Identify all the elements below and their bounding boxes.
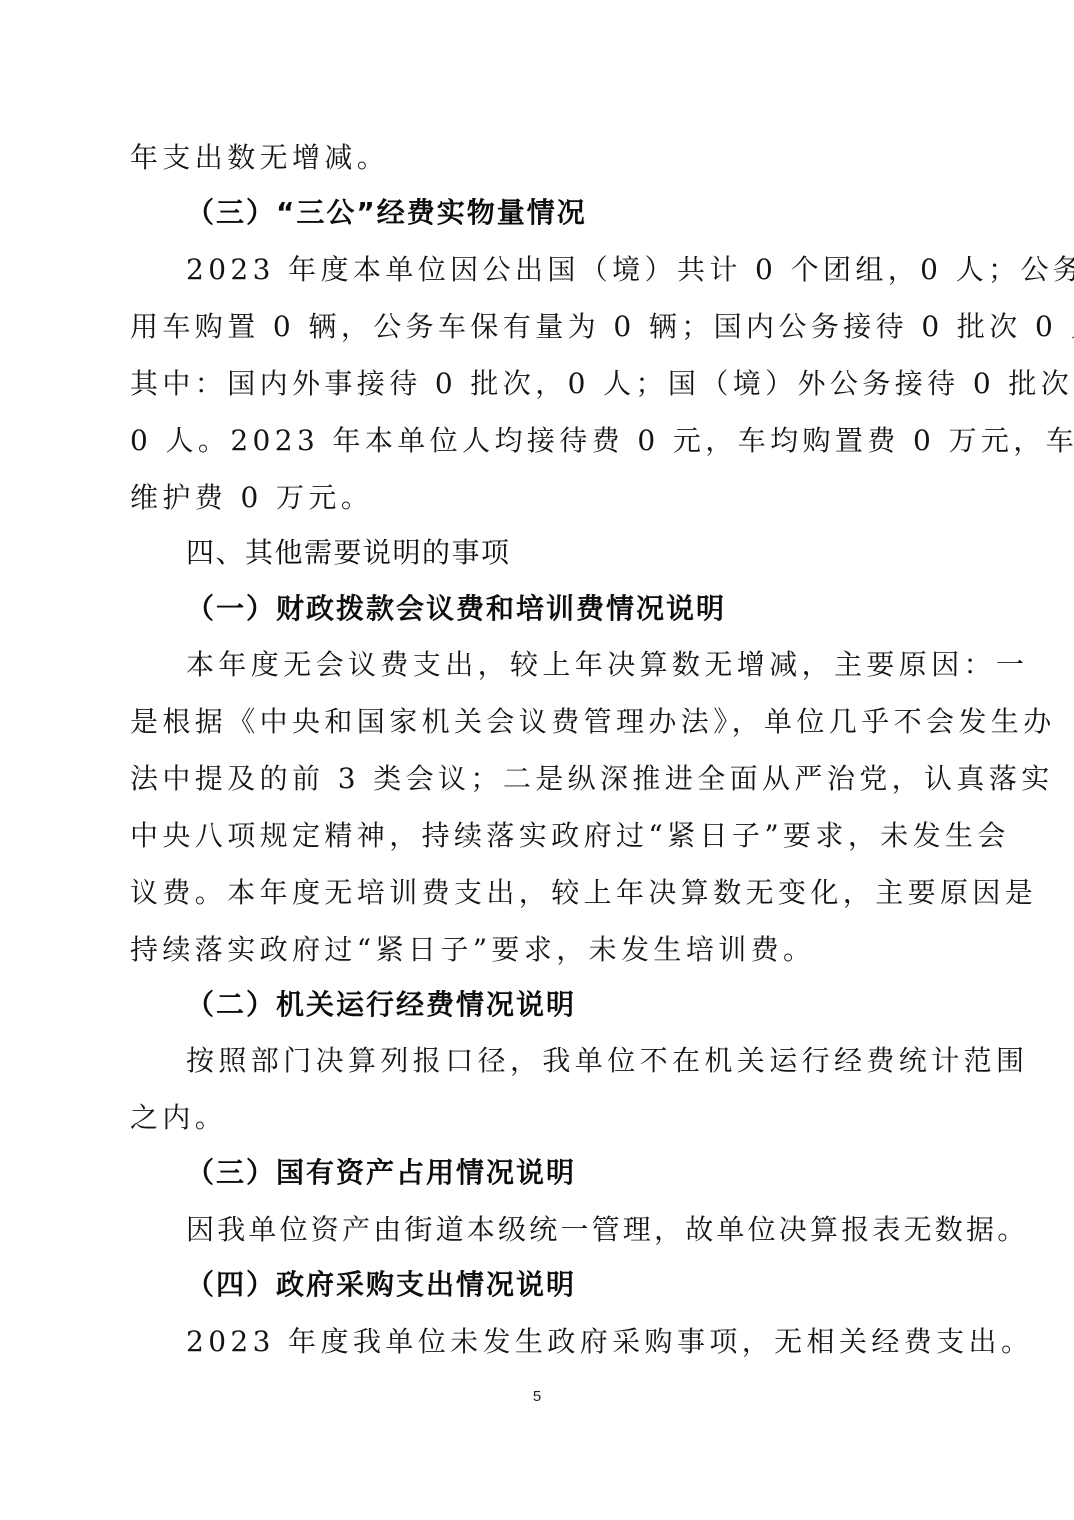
paragraph-line: 按照部门决算列报口径，我单位不在机关运行经费统计范围 — [186, 1041, 950, 1081]
paragraph-line: 0 人。2023 年本单位人均接待费 0 元，车均购置费 0 万元，车均 — [130, 421, 950, 461]
paragraph-line: 用车购置 0 辆，公务车保有量为 0 辆；国内公务接待 0 批次 0 人， — [130, 307, 950, 347]
paragraph-line: 其中：国内外事接待 0 批次，0 人；国（境）外公务接待 0 批次， — [130, 364, 950, 404]
document-page: 年支出数无增减。 （三）“三公”经费实物量情况 2023 年度本单位因公出国（境… — [0, 0, 1074, 1520]
section-heading-state-assets: （三）国有资产占用情况说明 — [186, 1153, 950, 1193]
chapter-heading-other-matters: 四、其他需要说明的事项 — [186, 533, 950, 573]
paragraph-line: 维护费 0 万元。 — [130, 478, 950, 518]
paragraph-line: 2023 年度我单位未发生政府采购事项，无相关经费支出。 — [186, 1322, 950, 1362]
paragraph-line: 议费。本年度无培训费支出，较上年决算数无变化，主要原因是 — [130, 873, 950, 913]
paragraph-line: 年支出数无增减。 — [130, 138, 950, 178]
page-number: 5 — [527, 1387, 547, 1407]
paragraph-line: 因我单位资产由街道本级统一管理，故单位决算报表无数据。 — [186, 1210, 966, 1250]
paragraph-line: 法中提及的前 3 类会议；二是纵深推进全面从严治党，认真落实 — [130, 759, 950, 799]
paragraph-line: 2023 年度本单位因公出国（境）共计 0 个团组，0 人；公务 — [186, 250, 950, 290]
paragraph-line: 持续落实政府过“紧日子”要求，未发生培训费。 — [130, 930, 950, 970]
section-heading-government-procurement: （四）政府采购支出情况说明 — [186, 1265, 950, 1305]
paragraph-line: 是根据《中央和国家机关会议费管理办法》，单位几乎不会发生办 — [130, 702, 950, 742]
paragraph-line: 之内。 — [130, 1098, 950, 1138]
paragraph-line: 本年度无会议费支出，较上年决算数无增减，主要原因：一 — [186, 645, 950, 685]
section-heading-three-public-expenses: （三）“三公”经费实物量情况 — [186, 193, 950, 233]
paragraph-line: 中央八项规定精神，持续落实政府过“紧日子”要求，未发生会 — [130, 816, 950, 856]
section-heading-meeting-training-fees: （一）财政拨款会议费和培训费情况说明 — [186, 589, 950, 629]
section-heading-operating-expenses: （二）机关运行经费情况说明 — [186, 985, 950, 1025]
